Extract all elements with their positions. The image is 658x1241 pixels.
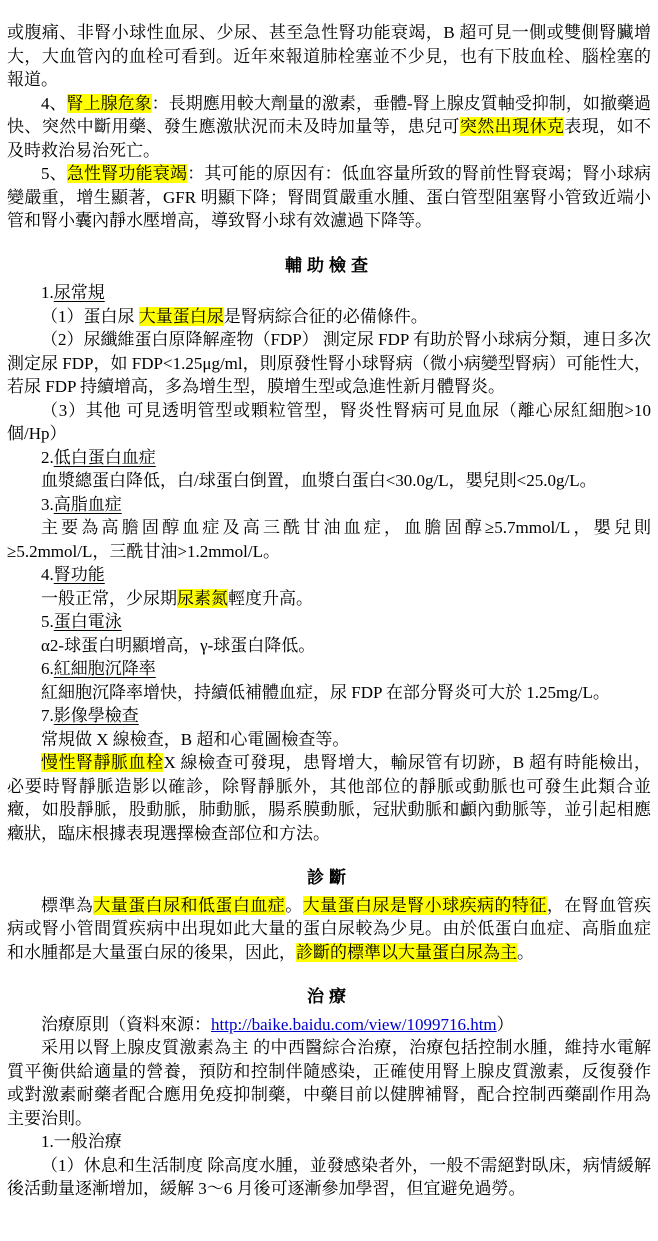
text-run: （2）尿纖維蛋白原降解產物（FDP） 測定尿 FDP 有助於腎小球病分類，連日多… [7,330,651,396]
text-run: 5. [41,612,54,631]
highlighted-text: 大量蛋白尿是腎小球疾病的特征 [303,896,547,915]
paragraph: 5.蛋白電泳 [7,610,651,634]
text-run: 標準為 [41,896,93,915]
paragraph: 4、腎上腺危象：長期應用較大劑量的激素，垂體-腎上腺皮質軸受抑制，如撤藥過快、突… [7,92,651,163]
paragraph: α2-球蛋白明顯增高，γ-球蛋白降低。 [7,634,651,658]
section-heading: 輔助檢查 [7,254,651,278]
text-run: ） [497,1015,514,1034]
text-run: 2. [41,448,54,467]
paragraph: （1）蛋白尿 大量蛋白尿是腎病綜合征的必備條件。 [7,305,651,329]
paragraph: 一般正常，少尿期尿素氮輕度升高。 [7,587,651,611]
paragraph: 治療原則（資料來源：http://baike.baidu.com/view/10… [7,1013,651,1037]
underlined-section-title: 高脂血症 [54,495,122,514]
highlighted-text: 診斷的標準以大量蛋白尿為主 [296,943,517,962]
highlighted-text: 尿素氮 [177,589,228,608]
highlighted-text: 急性腎功能衰竭 [67,164,187,183]
text-run: 4、 [41,94,67,113]
highlighted-text: 大量蛋白尿 [139,307,224,326]
paragraph: 慢性腎靜脈血栓X 線檢查可發現，患腎增大，輸尿管有切跡，B 超有時能檢出，必要時… [7,751,651,845]
paragraph: 3.高脂血症 [7,493,651,517]
document-page: 或腹痛、非腎小球性血尿、少尿、甚至急性腎功能衰竭，B 超可見一側或雙側腎臟增大，… [0,0,658,1241]
text-run: 是腎病綜合征的必備條件。 [224,307,428,326]
text-run: 常規做 X 線檢查，B 超和心電圖檢查等。 [41,730,349,749]
paragraph: 采用以腎上腺皮質激素為主 的中西醫綜合治療，治療包括控制水腫，維持水電解質平衡供… [7,1036,651,1130]
paragraph: 紅細胞沉降率增快，持續低補體血症，尿 FDP 在部分腎炎可大於 1.25mg/L… [7,681,651,705]
text-run: 血漿總蛋白降低，白/球蛋白倒置，血漿白蛋白<30.0g/L，嬰兒則<25.0g/… [41,471,597,490]
text-run: 紅細胞沉降率增快，持續低補體血症，尿 FDP 在部分腎炎可大於 1.25mg/L… [41,683,610,702]
text-run: 輕度升高。 [228,589,313,608]
text-run: （3）其他 可見透明管型或顆粒管型，腎炎性腎病可見血尿（離心尿紅細胞>10 個/… [7,401,651,444]
text-run: （1）蛋白尿 [41,307,139,326]
paragraph: （2）尿纖維蛋白原降解產物（FDP） 測定尿 FDP 有助於腎小球病分類，連日多… [7,328,651,399]
section-heading: 治療 [7,985,651,1009]
highlighted-text: 慢性腎靜脈血栓 [41,753,163,772]
highlighted-text: 腎上腺危象 [67,94,152,113]
text-run: 。 [285,896,302,915]
paragraph: 主要為高膽固醇血症及高三酰甘油血症，血膽固醇≥5.7mmol/L，嬰兒則≥5.2… [7,516,651,563]
underlined-section-title: 腎功能 [54,565,105,584]
paragraph: 標準為大量蛋白尿和低蛋白血症。大量蛋白尿是腎小球疾病的特征，在腎血管疾病或腎小管… [7,894,651,965]
text-run: 。 [517,943,534,962]
paragraph: 1.一般治療 [7,1130,651,1154]
text-run: 6. [41,659,54,678]
text-run: α2-球蛋白明顯增高，γ-球蛋白降低。 [41,636,315,655]
highlighted-text: 大量蛋白尿和低蛋白血症 [93,896,285,915]
highlighted-text: 突然出現休克 [460,117,565,136]
paragraph: （3）其他 可見透明管型或顆粒管型，腎炎性腎病可見血尿（離心尿紅細胞>10 個/… [7,399,651,446]
text-run: 3. [41,495,54,514]
paragraph: （1）休息和生活制度 除高度水腫，並發感染者外，一般不需絕對臥床，病情緩解後活動… [7,1154,651,1201]
text-run: （1）休息和生活制度 除高度水腫，並發感染者外，一般不需絕對臥床，病情緩解後活動… [7,1156,651,1199]
underlined-section-title: 紅細胞沉降率 [54,659,156,678]
section-heading: 診斷 [7,866,651,890]
text-run: 一般正常，少尿期 [41,589,177,608]
paragraph: 4.腎功能 [7,563,651,587]
paragraph: 7.影像學檢查 [7,704,651,728]
text-run: 4. [41,565,54,584]
text-run: 或腹痛、非腎小球性血尿、少尿、甚至急性腎功能衰竭，B 超可見一側或雙側腎臟增大，… [7,23,651,89]
text-run: 7. [41,706,54,725]
paragraph: 2.低白蛋白血症 [7,446,651,470]
underlined-section-title: 蛋白電泳 [54,612,122,631]
text-run: 采用以腎上腺皮質激素為主 的中西醫綜合治療，治療包括控制水腫，維持水電解質平衡供… [7,1038,651,1128]
text-run: 主要為高膽固醇血症及高三酰甘油血症，血膽固醇≥5.7mmol/L，嬰兒則≥5.2… [7,518,651,561]
paragraph: 5、急性腎功能衰竭：其可能的原因有：低血容量所致的腎前性腎衰竭；腎小球病變嚴重，… [7,162,651,233]
paragraph: 6.紅細胞沉降率 [7,657,651,681]
paragraph: 血漿總蛋白降低，白/球蛋白倒置，血漿白蛋白<30.0g/L，嬰兒則<25.0g/… [7,469,651,493]
external-link[interactable]: http://baike.baidu.com/view/1099716.htm [211,1015,497,1034]
text-run: 1. [41,283,54,302]
underlined-section-title: 影像學檢查 [54,706,139,725]
underlined-section-title: 尿常規 [54,283,105,302]
paragraph: 常規做 X 線檢查，B 超和心電圖檢查等。 [7,728,651,752]
paragraph: 1.尿常規 [7,281,651,305]
underlined-section-title: 低白蛋白血症 [54,448,156,467]
text-run: 5、 [41,164,67,183]
text-run: 1.一般治療 [41,1132,122,1151]
text-run: 治療原則（資料來源： [41,1015,211,1034]
paragraph: 或腹痛、非腎小球性血尿、少尿、甚至急性腎功能衰竭，B 超可見一側或雙側腎臟增大，… [7,21,651,92]
